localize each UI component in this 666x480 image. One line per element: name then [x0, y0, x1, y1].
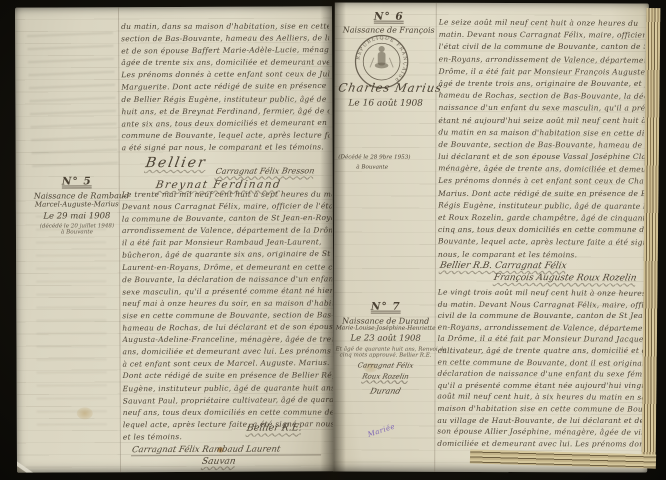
- handwritten-line: août mil neuf cent huit, à six heures du…: [437, 391, 643, 404]
- act-5-date: Le 29 mai 1908: [34, 211, 120, 221]
- act-6-death-note: (Décédé le 28 9bre 1953): [338, 154, 410, 160]
- handwritten-line: civil de la commune de Bouvante, canton …: [438, 310, 644, 322]
- handwritten-line: âgée de trente six ans, domiciliée et de…: [121, 57, 329, 69]
- handwritten-line: domiciliée et demeurant avec lui. Les pr…: [437, 438, 643, 450]
- handwritten-line: bûcheron, âgé de quarante six ans, origi…: [122, 248, 332, 262]
- act-7-text-column: Le vingt trois août mil neuf cent huit à…: [437, 287, 644, 450]
- handwritten-line: du matin en sa maison d'habitation sise …: [438, 126, 644, 139]
- handwritten-line: Le seize août mil neuf cent huit à onze …: [439, 17, 645, 30]
- act-5-margin: N° 5 Naissance de Rambaud Marcel-Auguste…: [34, 175, 120, 235]
- handwritten-line: maison d'habitation sise en cette commun…: [437, 403, 643, 415]
- handwritten-line: en cette commune de Bouvante, dont il es…: [438, 356, 644, 369]
- act-4-text-column: du matin, dans sa maison d'habitation, s…: [121, 20, 330, 154]
- handwritten-line: son épouse Allier Joséphine, ménagère, â…: [437, 426, 643, 439]
- handwritten-line: a été signé par nous, le comparant et le…: [122, 141, 330, 154]
- ink-bleed-through: [36, 207, 107, 427]
- act-7-margin: N° 7 Naissance de Durand Marie-Louise-Jo…: [335, 300, 435, 395]
- handwritten-line: Marguerite. Dont acte rédigé de suite en…: [121, 80, 329, 94]
- paper-stain: [77, 407, 93, 419]
- signature-carragnat: Carragnat Félix: [335, 361, 437, 369]
- handwritten-line: étant né aujourd'hui seize août mil neuf…: [438, 115, 644, 127]
- signature-row-francois-roux: François Auguste Roux Rozelin: [493, 273, 637, 283]
- handwritten-line: Sauvant Paul, propriétaire cultivateur, …: [123, 394, 333, 408]
- act-5-title: Naissance de Rambaud: [34, 191, 120, 200]
- handwritten-line: en-Royans, arrondissement de Valence, dé…: [438, 321, 644, 334]
- handwritten-line: Le vingt trois août mil neuf cent huit à…: [438, 287, 644, 300]
- act-7-title: Naissance de Durand: [336, 316, 436, 325]
- handwritten-line: Régis Eugène, instituteur public, âgé de…: [438, 199, 644, 212]
- act-5-death-note-2: à Bouvante: [34, 229, 120, 235]
- handwritten-line: naissance d'un enfant du sexe masculin, …: [438, 102, 644, 115]
- handwritten-line: Laurent-en-Royans, Drôme, et demeurant e…: [122, 261, 332, 273]
- act-5-text-column: Le trente mai mil neuf cent huit à sept …: [122, 188, 333, 443]
- signature-carragnat-bresson: Carragnat Félix Bresson: [215, 166, 315, 175]
- handwritten-line: déclaration de naissance d'une enfant du…: [438, 368, 644, 380]
- handwritten-line: du matin. Devant Nous Carragnat Félix, m…: [438, 298, 644, 310]
- handwritten-line: nous, le comparant et les témoins.: [438, 248, 644, 261]
- signature-row-carragnat-rambaud: Carragnat Félix Rambaud Laurent: [131, 444, 323, 456]
- handwritten-line: Eugène, instituteur public, âgé de quara…: [123, 382, 333, 395]
- handwritten-line: Drôme, il a été fait par Monsieur Franço…: [439, 66, 645, 79]
- handwritten-line: de Bouvante, la déclaration de naissance…: [122, 273, 332, 286]
- handwritten-line: neuf ans, tous deux domiciliés en cette …: [123, 406, 333, 418]
- handwritten-line: Les prénoms donnés à cet enfant sont ceu…: [438, 175, 644, 188]
- act-5-number: N° 5: [34, 175, 120, 187]
- act-6-margin: N° 6 Naissance de François: [341, 10, 437, 34]
- handwritten-line: et les témoins.: [123, 430, 333, 444]
- handwritten-line: du matin, dans sa maison d'habitation, s…: [121, 21, 329, 33]
- handwritten-line: de Bellier Régis Eugène, instituteur pub…: [121, 93, 329, 105]
- handwritten-line: de Bouvante, section de Bas-Bouvante, ha…: [438, 139, 644, 152]
- signature-bellier-flourish: Bellier: [144, 155, 208, 171]
- act-6-text-column: Le seize août mil neuf cent huit à onze …: [438, 17, 645, 261]
- handwritten-line: Dont acte rédigé de suite en présence de…: [123, 370, 333, 382]
- handwritten-line: Bouvante, lequel acte, après lecture fai…: [438, 236, 644, 249]
- act-6-death-note-2: à Bouvante: [356, 165, 388, 171]
- handwritten-line: en-Royans, arrondissement de Valence, dé…: [439, 53, 645, 66]
- corner-fold: [17, 432, 71, 472]
- act-7-date: Le 23 août 1908: [336, 333, 436, 343]
- right-page: N° 6 Naissance de François RÉPUBLIQUE FR…: [333, 2, 649, 472]
- handwritten-line: hameau de Rochas, section de Bas-Bouvant…: [438, 90, 644, 103]
- handwritten-line: neuf mai à onze heures du soir, en sa ma…: [122, 297, 332, 309]
- handwritten-line: âgé de trente trois ans, originaire de B…: [439, 78, 645, 90]
- handwritten-line: au village de Haut-Bouvante, de lui décl…: [437, 415, 643, 427]
- handwritten-line: commune de Bouvante, lequel acte, après …: [122, 129, 330, 141]
- handwritten-line: matin. Devant nous Carragnat Félix, mair…: [439, 29, 645, 42]
- signature-sauvan: Sauvan: [201, 457, 236, 467]
- signature-bellier: Bellier R.E.: [246, 422, 303, 433]
- signature-roux-rozelin: Roux Rozelin: [335, 372, 437, 380]
- handwritten-line: cinq ans, tous deux domiciliés en cette …: [438, 224, 644, 236]
- ink-bleed-through: [27, 24, 118, 167]
- handwritten-line: Le trente mai mil neuf cent huit à sept …: [122, 189, 332, 201]
- handwritten-line: Augusta-Adeline-Franceline, ménagère, âg…: [122, 334, 332, 346]
- handwritten-line: et Roux Rozelin, garde champêtre, âgé de…: [438, 212, 644, 225]
- register-scan: du matin, dans sa maison d'habitation, s…: [0, 0, 666, 480]
- handwritten-line: cultivateur, âgé de trente quatre ans, d…: [438, 345, 644, 357]
- handwritten-line: la Drôme, il a été fait par Monsieur Dur…: [438, 333, 644, 345]
- act-6-number: N° 6: [341, 10, 437, 22]
- handwritten-line: l'état civil de la commune de Bouvante, …: [439, 42, 645, 54]
- handwritten-line: sexe masculin, qu'il a présenté comme ét…: [122, 285, 332, 299]
- act-7-title-2: Marie-Louise-Joséphine-Henriette: [336, 325, 436, 331]
- handwritten-line: lui déclarant et de son épouse Vassal Jo…: [438, 151, 644, 163]
- act-7-number: N° 7: [336, 300, 436, 312]
- act-6-date: Le 16 août 1908: [348, 99, 422, 109]
- signature-durand: Durand: [334, 386, 436, 395]
- signature-row-bellier-carragnat: Bellier R.B. Carragnat Félix: [439, 261, 567, 271]
- left-page: du matin, dans sa maison d'habitation, s…: [15, 6, 334, 472]
- act-5-title-2: Marcel-Auguste-Marius: [34, 200, 120, 208]
- handwritten-line: arrondissement de Valence, département d…: [122, 225, 332, 237]
- handwritten-line: ante six ans, tous deux domiciliés et de…: [121, 117, 329, 131]
- act-6-child-name: Charles Marius: [337, 80, 443, 94]
- mariee-annotation: Mariée: [367, 422, 396, 438]
- handwritten-line: huit ans, et de Breynat Ferdinand, fermi…: [121, 105, 329, 118]
- handwritten-line: Marius. Dont acte rédigé de suite en pré…: [438, 188, 644, 200]
- handwritten-line: ménagère, âgée de trente ans, domiciliée…: [438, 163, 644, 176]
- act-7-marginal-note-2: cinq mots approuvé. Bellier R.E.: [336, 352, 436, 358]
